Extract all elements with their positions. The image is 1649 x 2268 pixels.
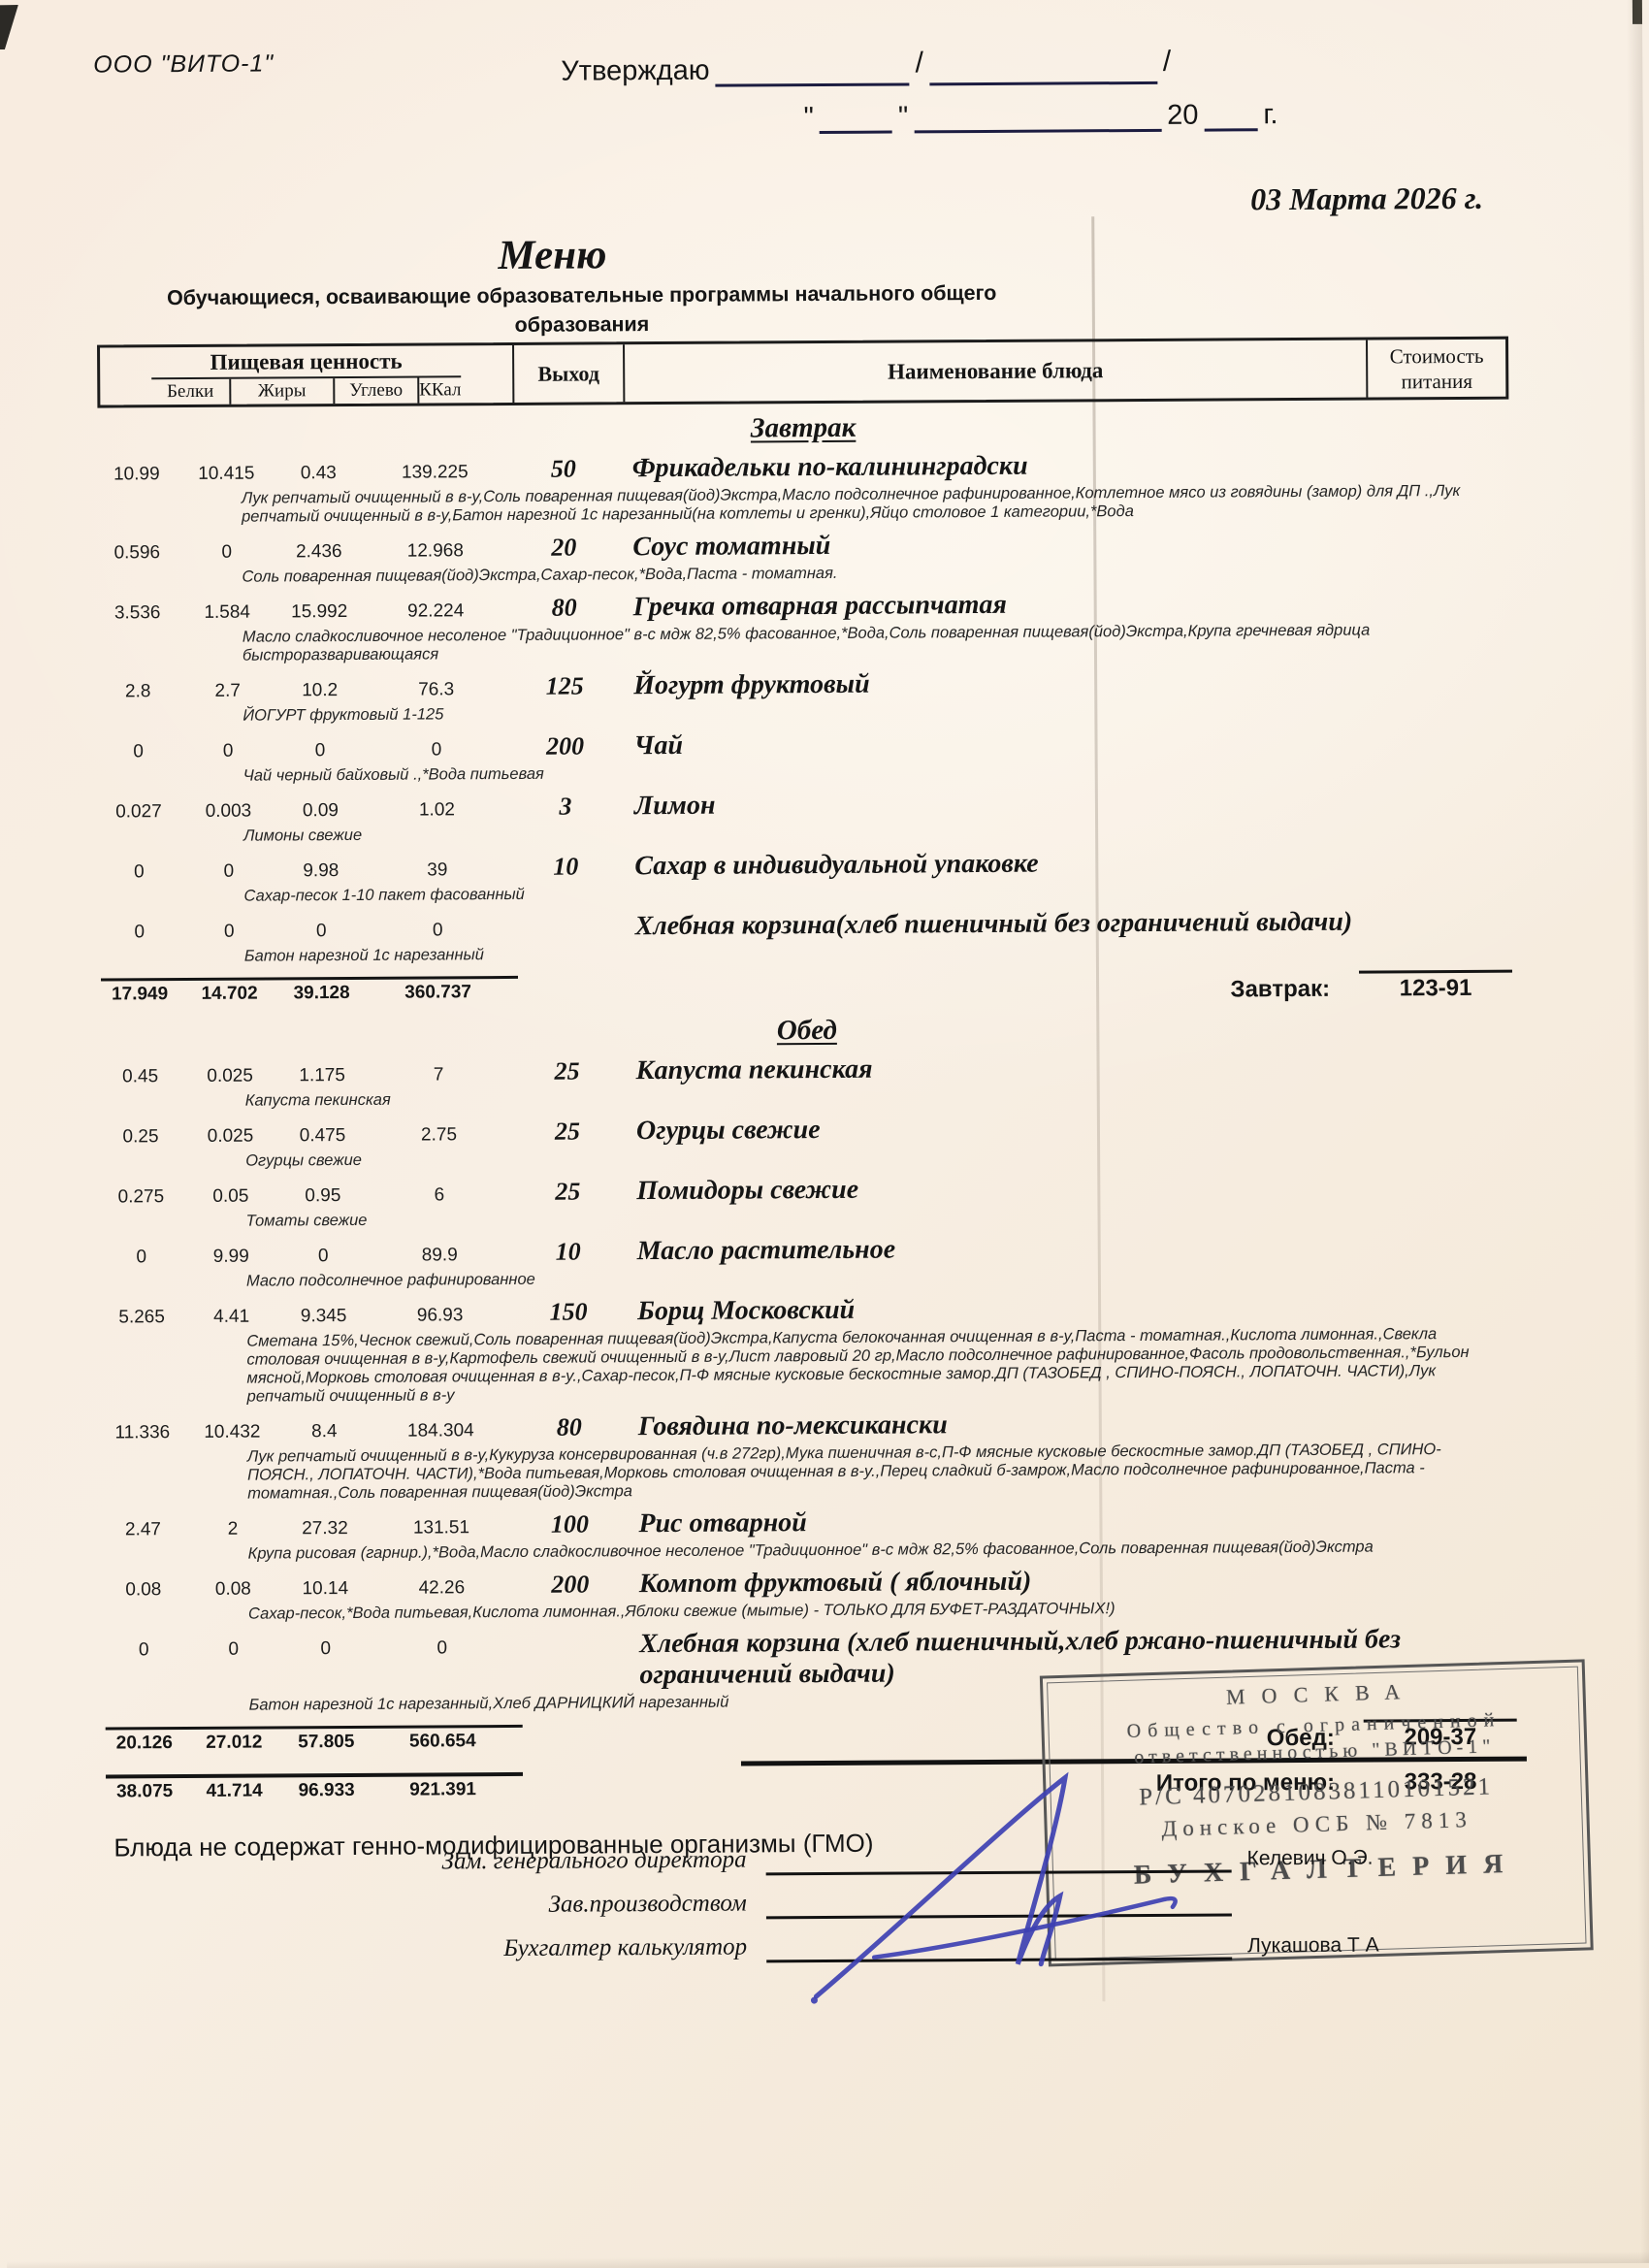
dish-ingredients: Томаты свежие [245,1205,1477,1231]
portion-value: 50 [510,454,617,484]
approval-block: Утверждаю / / " " 20 г. [561,50,1277,136]
dish-name: Капуста пекинская [621,1051,1513,1087]
scanned-menu-document: ООО "ВИТО-1" Утверждаю / / " " 20 г. 03 … [0,0,1649,2268]
table-header: Пищевая ценность Белки Жиры Углево ККал … [97,337,1508,408]
dish-ingredients: Соль поваренная пищевая(йод)Экстра,Сахар… [242,561,1473,587]
protein-value: 11.336 [104,1422,181,1443]
menu-row: 0.59602.43612.96820Соус томатный [98,527,1509,567]
total-kcal: 921.391 [368,1779,518,1801]
year-blank [1204,99,1257,132]
protein-value: 10.99 [98,464,176,485]
kcal-value: 42.26 [367,1577,517,1600]
portion-value: 80 [516,1412,623,1442]
dish-name: Говядина по-мексикански [623,1407,1515,1443]
carbs-value: 0 [284,1638,367,1661]
protein-value: 0.275 [102,1186,179,1208]
fat-value: 10.432 [181,1421,283,1443]
portion-value [517,1652,624,1653]
dish-ingredients: Батон нарезной 1с нарезанный [244,940,1476,966]
kcal-value: 76.3 [361,679,511,701]
kcal-value: 12.968 [360,540,510,563]
kcal-value: 39 [362,859,512,882]
menu-row: 09.99089.910Масло растительное [103,1231,1514,1271]
fat-value: 0.05 [179,1185,281,1208]
menu-row: 2.82.710.276.3125Йогурт фруктовый [99,665,1510,705]
dish-name-header: Наименование блюда [623,340,1366,403]
portion-value: 25 [514,1056,621,1086]
slash-separator: / [915,47,923,80]
portion-value: 150 [515,1297,622,1327]
dish-ingredients: Сахар-песок 1-10 пакет фасованный [243,880,1475,906]
portion-value: 200 [511,731,618,761]
dish-name: Огурцы свежие [621,1111,1513,1148]
protein-value: 0.45 [102,1066,179,1087]
kcal-value: 2.75 [364,1124,514,1147]
fat-value: 10.415 [176,463,277,485]
protein-value: 0 [105,1639,182,1661]
portion-value: 125 [511,671,618,701]
protein-value: 2.47 [104,1519,181,1540]
fat-value: 0.025 [179,1065,281,1087]
dish-name: Рис отварной [623,1504,1515,1540]
carbs-value: 9.98 [279,860,362,883]
nutrition-header: Пищевая ценность [210,346,403,377]
protein-value: 0 [101,922,178,943]
carbs-value: 0.43 [277,463,360,485]
kcal-value: 0 [367,1637,517,1660]
day-blank [820,102,892,135]
signer-role: Бухгалтер калькулятор [155,1933,766,1966]
price-value: 123-91 [1359,970,1512,1003]
quote-mark: " [898,102,908,134]
dish-name: Чай [618,726,1510,762]
kcal-value: 139.225 [360,462,510,484]
dish-name: Борщ Московский [622,1291,1514,1328]
menu-row: 0.080.0810.1442.26200Компот фруктовый ( … [105,1564,1516,1604]
document-date: 03 Марта 2026 г. [1221,180,1512,218]
menu-row: 10.9910.4150.43139.22550Фрикадельки по-к… [98,448,1509,488]
slash-separator: / [1163,46,1172,79]
dish-ingredients: ЙОГУРТ фруктовый 1-125 [242,699,1474,726]
carbs-value: 15.992 [278,601,361,624]
carbs-value: 27.32 [283,1518,366,1540]
col-fat: Жиры [229,378,333,405]
protein-value: 0.08 [105,1579,182,1601]
fat-value: 0 [182,1638,284,1661]
dish-name: Масло растительное [622,1231,1514,1268]
year-prefix: 20 [1167,100,1198,132]
dish-name: Фрикадельки по-калининградски [617,448,1509,485]
carbs-value: 9.345 [282,1306,365,1328]
dish-ingredients: Капуста пекинская [245,1085,1477,1111]
portion-value: 80 [511,593,618,623]
total-protein: 20.126 [106,1733,183,1754]
signer-name: Келевич О.Э. [1232,1847,1374,1873]
dish-ingredients: Чай черный байховый .,*Вода питьевая [243,760,1475,786]
fat-value: 0 [178,921,280,943]
protein-value: 0 [100,861,178,883]
portion-value: 3 [512,792,619,822]
col-protein: Белки [151,379,229,405]
total-fat: 14.702 [178,983,280,1005]
fat-value: 0.08 [182,1578,284,1601]
protein-value: 0 [103,1247,180,1268]
portion-value: 25 [514,1177,621,1207]
breakfast-price: Завтрак:123-91 [1230,970,1512,1004]
protein-value: 0.25 [102,1126,179,1148]
kcal-value: 131.51 [366,1517,516,1539]
total-fat: 27.012 [183,1732,285,1754]
dish-name: Гречка отварная рассыпчатая [618,587,1510,624]
kcal-value: 92.224 [361,600,511,623]
dish-ingredients: Лимоны свежие [243,820,1475,846]
menu-row: 11.33610.4328.4184.30480Говядина по-мекс… [104,1407,1515,1446]
total-carbs: 39.128 [280,983,363,1005]
breakfast-totals: 17.94914.70239.128360.737 [101,976,518,1006]
portion-value [513,934,620,935]
protein-value: 0.027 [100,801,178,823]
price-label: Завтрак: [1230,976,1330,1004]
portion-value: 25 [514,1117,621,1147]
breakfast-summary: 17.94914.70239.128360.737 Завтрак:123-91 [101,970,1512,1011]
total-fat: 41.714 [183,1780,285,1802]
approval-name-blank [929,51,1157,85]
portion-value: 10 [512,852,619,882]
carbs-value: 2.436 [277,541,360,564]
menu-row: 009.983910Сахар в индивидуальной упаковк… [100,846,1511,886]
dish-ingredients: Лук репчатый очищенный в в-у,Кукуруза ко… [247,1441,1479,1504]
scan-corner-artifact [0,5,18,49]
menu-row: 0000200Чай [99,726,1510,765]
signer-role: Зав.производством [155,1890,766,1923]
fat-value: 4.41 [180,1306,282,1328]
protein-value: 5.265 [103,1307,180,1328]
kcal-value: 1.02 [362,799,512,822]
dish-name: Сахар в индивидуальной упаковке [619,846,1511,883]
quote-mark: " [804,102,814,134]
col-carbs: Углево [333,378,417,405]
carbs-value: 0 [280,921,363,943]
carbs-value: 0 [279,740,362,762]
portion-value: 200 [517,1570,624,1600]
kcal-value: 7 [364,1064,514,1086]
lunch-totals: 20.12627.01257.805560.654 [106,1725,523,1755]
menu-row: 2.47227.32131.51100Рис отварной [104,1504,1515,1543]
paper-edge-shadow [7,2252,1649,2268]
fat-value: 9.99 [180,1246,282,1268]
kcal-value: 6 [364,1184,514,1207]
section-heading-breakfast: Завтрак [97,407,1508,449]
carbs-value: 0.475 [281,1125,364,1148]
kcal-value: 96.93 [365,1305,515,1327]
dish-ingredients: Сметана 15%,Чеснок свежий,Соль поваренна… [246,1325,1478,1407]
portion-value: 100 [516,1509,623,1539]
dish-ingredients: Масло подсолнечное рафинированное [246,1265,1478,1291]
fat-value: 0 [178,740,279,762]
fat-value: 0.025 [179,1125,281,1148]
carbs-value: 0.95 [281,1185,364,1208]
carbs-value: 10.14 [284,1578,367,1601]
total-protein: 38.075 [106,1781,183,1802]
fat-value: 0 [176,541,277,564]
menu-row: 3.5361.58415.99292.22480Гречка отварная … [99,587,1510,627]
dish-name: Соус томатный [617,527,1509,564]
carbs-value: 0.09 [279,800,362,823]
grand-totals: 38.07541.71496.933921.391 [106,1772,523,1803]
total-kcal: 560.654 [368,1731,518,1753]
month-blank [914,100,1161,134]
dish-ingredients: Сахар-песок,*Вода питьевая,Кислота лимон… [248,1598,1480,1624]
dish-name: Йогурт фруктовый [618,665,1510,702]
section-heading-lunch: Обед [101,1010,1512,1052]
nutrition-subheaders: Белки Жиры Углево ККал [151,375,461,405]
menu-row: 0000Хлебная корзина(хлеб пшеничный без о… [101,906,1512,946]
kcal-value: 0 [363,920,513,942]
organization-name: ООО "ВИТО-1" [93,49,274,79]
protein-value: 3.536 [99,602,177,624]
kcal-value: 184.304 [366,1420,516,1442]
approve-label: Утверждаю [561,55,709,88]
cost-header: Стоимость питания [1366,340,1505,398]
total-protein: 17.949 [101,984,178,1005]
fat-value: 0.003 [178,800,279,823]
dish-ingredients: Крупа рисовая (гарнир.),*Вода,Масло слад… [248,1538,1480,1564]
dish-ingredients: Огурцы свежие [245,1145,1477,1171]
dish-name: Лимон [619,786,1511,823]
carbs-value: 1.175 [281,1065,364,1087]
dish-name: Компот фруктовый ( яблочный) [624,1564,1516,1601]
menu-row: 0.0270.0030.091.023Лимон [100,786,1511,826]
total-carbs: 57.805 [285,1732,368,1754]
fat-value: 0 [178,860,279,883]
nutrition-header-cell: Пищевая ценность Белки Жиры Углево ККал [100,345,512,405]
carbs-value: 8.4 [283,1421,366,1443]
carbs-value: 10.2 [278,680,361,702]
signer-name [1232,1914,1247,1916]
dish-ingredients: Лук репчатый очищенный в в-у,Соль поваре… [242,482,1473,527]
total-carbs: 96.933 [285,1780,368,1802]
portion-value: 20 [510,533,617,563]
dish-name: Помидоры свежие [621,1171,1513,1208]
page-title: Меню [96,230,1008,282]
col-kcal: ККал [417,377,461,403]
signer-name: Лукашова Т А [1232,1934,1379,1960]
carbs-value: 0 [282,1246,365,1268]
kcal-value: 89.9 [365,1245,515,1267]
approval-signature-blank [715,53,909,87]
paper-edge-shadow [1627,0,1649,2263]
protein-value: 0 [100,741,178,762]
menu-row: 0.450.0251.175725Капуста пекинская [102,1051,1513,1090]
menu-row: 0.250.0250.4752.7525Огурцы свежие [102,1111,1513,1150]
total-kcal: 360.737 [363,982,513,1004]
program-subtitle: Обучающиеся, осваивающие образовательные… [97,277,1067,341]
kcal-value: 0 [362,739,512,761]
fat-value: 1.584 [177,601,278,624]
year-suffix: г. [1263,100,1277,132]
dish-name: Хлебная корзина(хлеб пшеничный без огран… [620,906,1512,943]
fat-value: 2.7 [177,680,278,702]
signer-role: Зам. генерального директора [154,1846,765,1879]
dish-ingredients: Масло сладкосливочное несоленое "Традици… [242,621,1474,665]
menu-row: 0.2750.050.95625Помидоры свежие [102,1171,1513,1211]
menu-body: Меню Обучающиеся, осваивающие образовате… [96,227,1517,1863]
portion-value: 10 [515,1237,622,1267]
protein-value: 0.596 [98,542,176,564]
protein-value: 2.8 [99,681,177,702]
handwritten-signature [780,1756,1209,2040]
menu-row: 5.2654.419.34596.93150Борщ Московский [103,1291,1514,1331]
fat-value: 2 [181,1518,283,1540]
output-header: Выход [512,344,623,403]
